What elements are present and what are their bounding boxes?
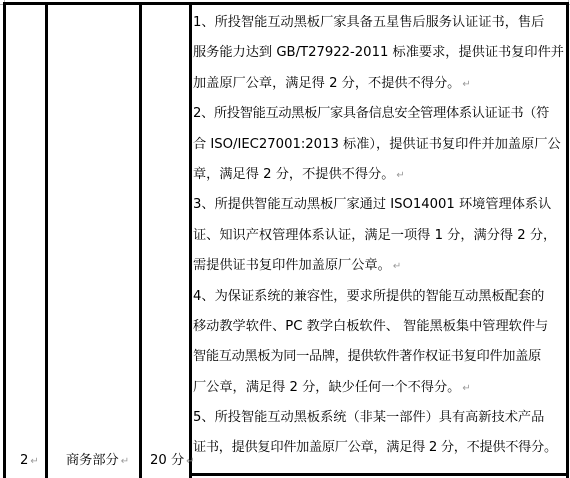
paragraph-mark-icon: ↵ [396,170,404,181]
criteria-cell: 1、所投智能互动黑板厂家具备五星售后服务认证证书，售后 服务能力达到 GB/T2… [193,8,565,464]
paragraph-mark-icon: ↵ [462,79,470,90]
column-divider-3 [189,2,192,478]
paragraph-mark-icon: ↵ [462,383,470,394]
criterion-line: 移动教学软件、PC 教学白板软件、 智能黑板集中管理软件与 [193,312,565,342]
criterion-line: 2、所投智能互动黑板厂家具备信息安全管理体系认证证书（符 [193,99,565,129]
score-value: 20 分 [150,453,184,468]
criterion-line: 加盖原厂公章，满足得 2 分，不提供不得分。↵ [193,69,565,99]
criterion-line: 证书，提供复印件加盖原厂公章，满足得 2 分，不提供不得分。 [193,433,565,463]
criterion-line: 3、所提供智能互动黑板厂家通过 ISO14001 环境管理体系认 [193,190,565,220]
table-top-border [3,2,568,5]
paragraph-mark-icon: ↵ [30,456,38,467]
category-cell: 商务部分↵ [66,453,129,470]
category-label: 商务部分 [66,453,119,468]
criterion-line: 4、为保证系统的兼容性，要求所提供的智能互动黑板配套的 [193,282,565,312]
criterion-line: 证、知识产权管理体系认证，满足一项得 1 分，满分得 2 分， [193,221,565,251]
criterion-line: 5、所投智能互动黑板系统（非某一部件）具有高新技术产品 [193,403,565,433]
row-index: 2 [20,453,28,468]
criterion-line: 需提供证书复印件加盖原厂公章。↵ [193,251,565,281]
criterion-4: 4、为保证系统的兼容性，要求所提供的智能互动黑板配套的 移动教学软件、PC 教学… [193,282,565,404]
criterion-line: 服务能力达到 GB/T27922-2011 标准要求，提供证书复印件并 [193,38,565,68]
criterion-line: 合 ISO/IEC27001:2013 标准），提供证书复印件并加盖原厂公 [193,130,565,160]
criterion-line: 1、所投智能互动黑板厂家具备五星售后服务认证证书，售后 [193,8,565,38]
table-right-border [566,2,569,478]
criterion-3: 3、所提供智能互动黑板厂家通过 ISO14001 环境管理体系认 证、知识产权管… [193,190,565,281]
criterion-5: 5、所投智能互动黑板系统（非某一部件）具有高新技术产品 证书，提供复印件加盖原厂… [193,403,565,464]
score-cell: 20 分↵ [150,453,195,470]
table-left-border [3,2,6,478]
criterion-line: 厂公章，满足得 2 分，缺少任何一个不得分。↵ [193,373,565,403]
column-divider-1 [45,2,48,478]
criterion-line: 章，满足得 2 分，不提供不得分。↵ [193,160,565,190]
criterion-2: 2、所投智能互动黑板厂家具备信息安全管理体系认证证书（符 合 ISO/IEC27… [193,99,565,190]
criterion-1: 1、所投智能互动黑板厂家具备五星售后服务认证证书，售后 服务能力达到 GB/T2… [193,8,565,99]
paragraph-mark-icon: ↵ [393,261,401,272]
row-index-cell: 2↵ [20,453,39,470]
paragraph-mark-icon: ↵ [121,456,129,467]
column-divider-2 [139,2,142,478]
criteria-cell-bottom-border [189,473,569,476]
criterion-line: 智能互动黑板为同一品牌，提供软件著作权证书复印件加盖原 [193,342,565,372]
